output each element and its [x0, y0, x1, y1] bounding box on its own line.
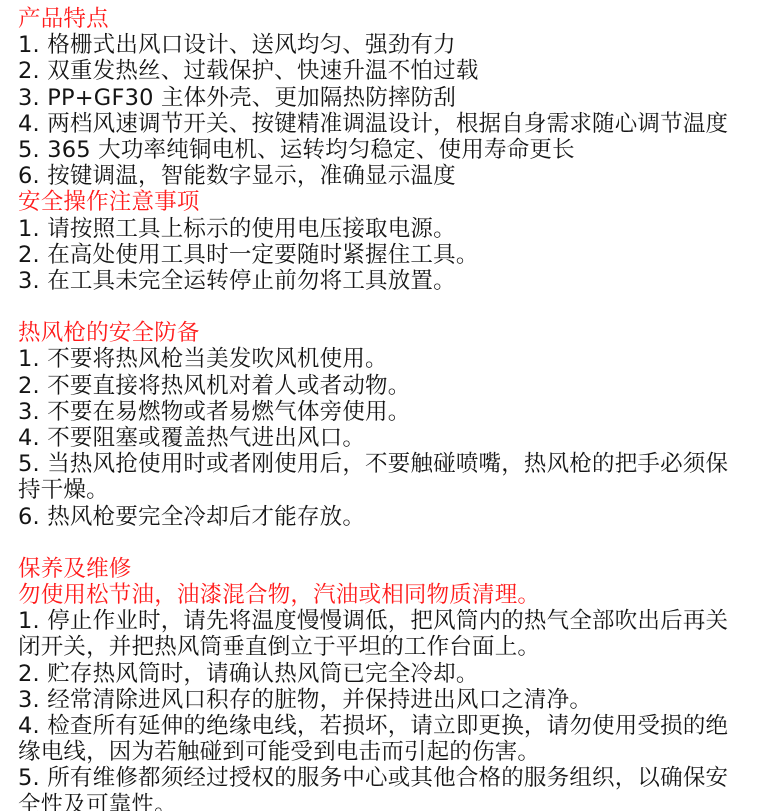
list-item: 1. 停止作业时，请先将温度慢慢调低，把风筒内的热气全部吹出后再关	[18, 608, 780, 634]
list-item: 5. 365 大功率纯铜电机、运转均匀稳定、使用寿命更长	[18, 137, 780, 163]
list-item: 2. 不要直接将热风机对着人或者动物。	[18, 373, 780, 399]
list-item: 3. 不要在易燃物或者易燃气体旁使用。	[18, 399, 780, 425]
spacer	[18, 294, 780, 320]
list-item: 4. 不要阻塞或覆盖热气进出风口。	[18, 425, 780, 451]
section-maintenance: 保养及维修 勿使用松节油，油漆混合物，汽油或相同物质清理。 1. 停止作业时，请…	[18, 556, 780, 811]
list-item: 4. 两档风速调节开关、按键精准调温设计，根据自身需求随心调节温度	[18, 111, 780, 137]
list-item-continuation: 全性及可靠性。	[18, 792, 780, 811]
list-item: 5. 所有维修都须经过授权的服务中心或其他合格的服务组织，以确保安	[18, 765, 780, 791]
list-item: 2. 贮存热风筒时，请确认热风筒已完全冷却。	[18, 661, 780, 687]
document-page: 产品特点 1. 格栅式出风口设计、送风均匀、强劲有力 2. 双重发热丝、过载保护…	[0, 0, 780, 811]
list-item-continuation: 持干燥。	[18, 477, 780, 503]
list-item: 3. PP+GF30 主体外壳、更加隔热防摔防刮	[18, 85, 780, 111]
list-item: 2. 在高处使用工具时一定要随时紧握住工具。	[18, 242, 780, 268]
list-item: 3. 在工具未完全运转停止前勿将工具放置。	[18, 268, 780, 294]
section-heading: 产品特点	[18, 6, 780, 32]
list-item: 1. 请按照工具上标示的使用电压接取电源。	[18, 216, 780, 242]
list-item: 6. 热风枪要完全冷却后才能存放。	[18, 504, 780, 530]
list-item: 1. 不要将热风枪当美发吹风机使用。	[18, 346, 780, 372]
section-heading: 热风枪的安全防备	[18, 320, 780, 346]
section-product-features: 产品特点 1. 格栅式出风口设计、送风均匀、强劲有力 2. 双重发热丝、过载保护…	[18, 6, 780, 189]
list-item: 6. 按键调温，智能数字显示，准确显示温度	[18, 163, 780, 189]
warning-text: 勿使用松节油，油漆混合物，汽油或相同物质清理。	[18, 582, 780, 608]
list-item-continuation: 缘电线，因为若触碰到可能受到电击而引起的伤害。	[18, 739, 780, 765]
section-heading: 安全操作注意事项	[18, 189, 780, 215]
list-item: 3. 经常清除进风口积存的脏物，并保持进出风口之清净。	[18, 687, 780, 713]
section-heat-gun-safety: 热风枪的安全防备 1. 不要将热风枪当美发吹风机使用。 2. 不要直接将热风机对…	[18, 320, 780, 530]
section-safety-notes: 安全操作注意事项 1. 请按照工具上标示的使用电压接取电源。 2. 在高处使用工…	[18, 189, 780, 294]
section-heading: 保养及维修	[18, 556, 780, 582]
spacer	[18, 530, 780, 556]
list-item: 4. 检查所有延伸的绝缘电线，若损坏，请立即更换，请勿使用受损的绝	[18, 713, 780, 739]
list-item: 2. 双重发热丝、过载保护、快速升温不怕过载	[18, 58, 780, 84]
list-item: 5. 当热风抢使用时或者刚使用后，不要触碰喷嘴，热风枪的把手必须保	[18, 451, 780, 477]
list-item: 1. 格栅式出风口设计、送风均匀、强劲有力	[18, 32, 780, 58]
list-item-continuation: 闭开关，并把热风筒垂直倒立于平坦的工作台面上。	[18, 634, 780, 660]
